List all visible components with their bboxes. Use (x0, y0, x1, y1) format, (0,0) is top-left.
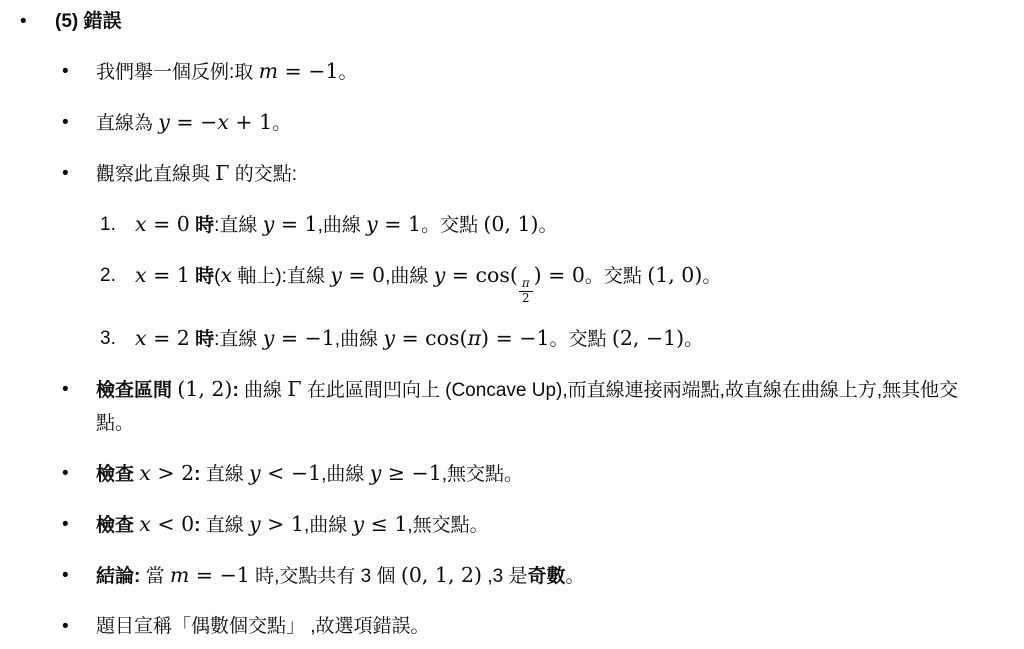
list-item-content: x = 1 時(x 軸上):直線 y = 0,曲線 y = cos(π2) = … (135, 259, 984, 305)
list-item-content: 觀察此直線與 Γ 的交點: (96, 157, 968, 191)
text-run: (0, 1) (483, 212, 538, 236)
text-run: 直線為 (96, 113, 158, 134)
list-item: •結論: 當 m = −1 時,交點共有 3 個 (0, 1, 2) ,3 是奇… (0, 559, 1024, 593)
text-run: > 1 (261, 512, 304, 536)
text-run: 時 (190, 266, 214, 287)
text-run: 題目宣稱「偶數個交點」 ,故選項錯誤。 (96, 616, 430, 637)
bullet-marker: • (62, 55, 96, 89)
text-run: 。 (566, 566, 585, 587)
text-run: 。 (272, 113, 291, 134)
text-run: 直線 (200, 464, 249, 485)
list-item: •檢查 x < 0: 直線 y > 1,曲線 y ≤ 1,無交點。 (0, 508, 1024, 542)
bullet-marker: • (62, 106, 96, 140)
bullet-marker: • (20, 5, 55, 38)
text-run: Γ (287, 377, 301, 401)
text-run: 檢查 (96, 515, 139, 536)
list-item-content: 題目宣稱「偶數個交點」 ,故選項錯誤。 (96, 610, 968, 643)
list-item: •題目宣稱「偶數個交點」 ,故選項錯誤。 (0, 610, 1024, 643)
text-run: 。交點 (550, 329, 612, 350)
text-run: x (135, 326, 147, 350)
list-item: •檢查區間 (1, 2): 曲線 Γ 在此區間凹向上 (Concave Up),… (0, 373, 1024, 440)
text-run: < −1 (261, 461, 321, 485)
list-item: •檢查 x > 2: 直線 y < −1,曲線 y ≥ −1,無交點。 (0, 457, 1024, 491)
text-run: y (366, 212, 378, 236)
text-run: y (370, 461, 382, 485)
text-run: ,曲線 (335, 329, 384, 350)
list-item: •(5) 錯誤 (0, 5, 1024, 38)
bullet-marker: • (62, 508, 96, 542)
list-item: •我們舉一個反例:取 m = −1。 (0, 55, 1024, 89)
text-run: 的交點: (230, 164, 298, 185)
text-run: ,無交點。 (407, 515, 488, 536)
text-run: (5) 錯誤 (55, 11, 122, 32)
text-run: = 1 (274, 212, 317, 236)
text-run: x (217, 110, 229, 134)
text-run: Γ (215, 161, 229, 185)
text-run: x (139, 461, 151, 485)
text-run: (2, −1) (612, 326, 684, 350)
text-run: 直線 (200, 515, 249, 536)
bullet-marker: • (62, 157, 96, 191)
text-run: y (249, 461, 261, 485)
text-run: = cos( (445, 263, 518, 287)
text-run: y (383, 326, 395, 350)
list-item: 3.x = 2 時:直線 y = −1,曲線 y = cos(π) = −1。交… (0, 322, 1024, 356)
list-item-content: 我們舉一個反例:取 m = −1。 (96, 55, 968, 89)
text-run: 觀察此直線與 (96, 164, 215, 185)
text-run: :直線 (282, 266, 331, 287)
text-run: = − (170, 110, 217, 134)
text-run: x (135, 263, 147, 287)
text-run: :直線 (214, 329, 263, 350)
list-item-content: x = 0 時:直線 y = 1,曲線 y = 1。交點 (0, 1)。 (135, 208, 984, 242)
list-item-content: 結論: 當 m = −1 時,交點共有 3 個 (0, 1, 2) ,3 是奇數… (96, 559, 968, 593)
text-run: = −1 (274, 326, 334, 350)
text-run: 時 (190, 329, 214, 350)
text-run: :直線 (214, 215, 263, 236)
text-run: 當 (140, 566, 170, 587)
text-run: 。 (702, 266, 721, 287)
list-item: 1.x = 0 時:直線 y = 1,曲線 y = 1。交點 (0, 1)。 (0, 208, 1024, 242)
text-run: = cos( (395, 326, 468, 350)
list-item-content: 直線為 y = −x + 1。 (96, 106, 968, 140)
text-run: = 1 (378, 212, 421, 236)
text-run: 。 (339, 62, 358, 83)
text-run: > 2 (151, 461, 194, 485)
bullet-marker: • (62, 373, 96, 440)
text-run: 。交點 (421, 215, 483, 236)
text-run: y (353, 512, 365, 536)
text-run: ≥ −1 (381, 461, 441, 485)
text-run: x (139, 512, 151, 536)
text-run: y (330, 263, 342, 287)
fraction: π2 (519, 277, 533, 305)
text-run: 時,交點共有 3 個 (250, 566, 401, 587)
text-run: = 0 (342, 263, 385, 287)
list-item-content: (5) 錯誤 (55, 5, 1024, 38)
list-item-content: 檢查區間 (1, 2): 曲線 Γ 在此區間凹向上 (Concave Up),而… (96, 373, 968, 440)
text-run: ,曲線 (318, 215, 367, 236)
text-run: y (434, 263, 446, 287)
document: •(5) 錯誤•我們舉一個反例:取 m = −1。•直線為 y = −x + 1… (0, 0, 1024, 643)
text-run: x (220, 263, 232, 287)
text-run: 我們舉一個反例:取 (96, 62, 259, 83)
number-marker: 1. (100, 208, 135, 242)
text-run: 檢查區間 (96, 380, 177, 401)
text-run: m (259, 59, 278, 83)
list-item-content: x = 2 時:直線 y = −1,曲線 y = cos(π) = −1。交點 … (135, 322, 984, 356)
bullet-marker: • (62, 559, 96, 593)
text-run: ,曲線 (304, 515, 353, 536)
text-run: 奇數 (527, 566, 565, 587)
text-run: 軸上) (232, 266, 282, 287)
text-run: + 1 (229, 110, 272, 134)
text-run: (1, 0) (647, 263, 702, 287)
text-run: 曲線 (239, 380, 288, 401)
list-item: •觀察此直線與 Γ 的交點: (0, 157, 1024, 191)
text-run: 。交點 (585, 266, 647, 287)
text-run: π (468, 326, 481, 350)
list-item-content: 檢查 x > 2: 直線 y < −1,曲線 y ≥ −1,無交點。 (96, 457, 968, 491)
text-run: (1, 2) (177, 377, 232, 401)
text-run: ) = −1 (481, 326, 549, 350)
text-run: = 0 (147, 212, 190, 236)
text-run: 。 (684, 329, 703, 350)
text-run: ,曲線 (321, 464, 370, 485)
text-run: 時 (190, 215, 214, 236)
bullet-marker: • (62, 610, 96, 643)
text-run: ,曲線 (385, 266, 434, 287)
text-run: = −1 (189, 563, 249, 587)
text-run: < 0 (151, 512, 194, 536)
text-run: 結論: (96, 566, 140, 587)
number-marker: 3. (100, 322, 135, 356)
text-run: ≤ 1 (364, 512, 407, 536)
text-run: y (158, 110, 170, 134)
text-run: 檢查 (96, 464, 139, 485)
text-run: y (249, 512, 261, 536)
list-item-content: 檢查 x < 0: 直線 y > 1,曲線 y ≤ 1,無交點。 (96, 508, 968, 542)
text-run: = 1 (147, 263, 190, 287)
text-run: y (263, 326, 275, 350)
list-item: 2.x = 1 時(x 軸上):直線 y = 0,曲線 y = cos(π2) … (0, 259, 1024, 305)
text-run: ) = 0 (534, 263, 585, 287)
text-run: (0, 1, 2) (401, 563, 482, 587)
text-run: ,無交點。 (442, 464, 523, 485)
number-marker: 2. (100, 259, 135, 305)
bullet-marker: • (62, 457, 96, 491)
list-item: •直線為 y = −x + 1。 (0, 106, 1024, 140)
text-run: = −1 (278, 59, 338, 83)
text-run: x (135, 212, 147, 236)
text-run: y (263, 212, 275, 236)
text-run: ,3 是 (482, 566, 527, 587)
text-run: 。 (539, 215, 558, 236)
text-run: m (170, 563, 189, 587)
text-run: = 2 (147, 326, 190, 350)
